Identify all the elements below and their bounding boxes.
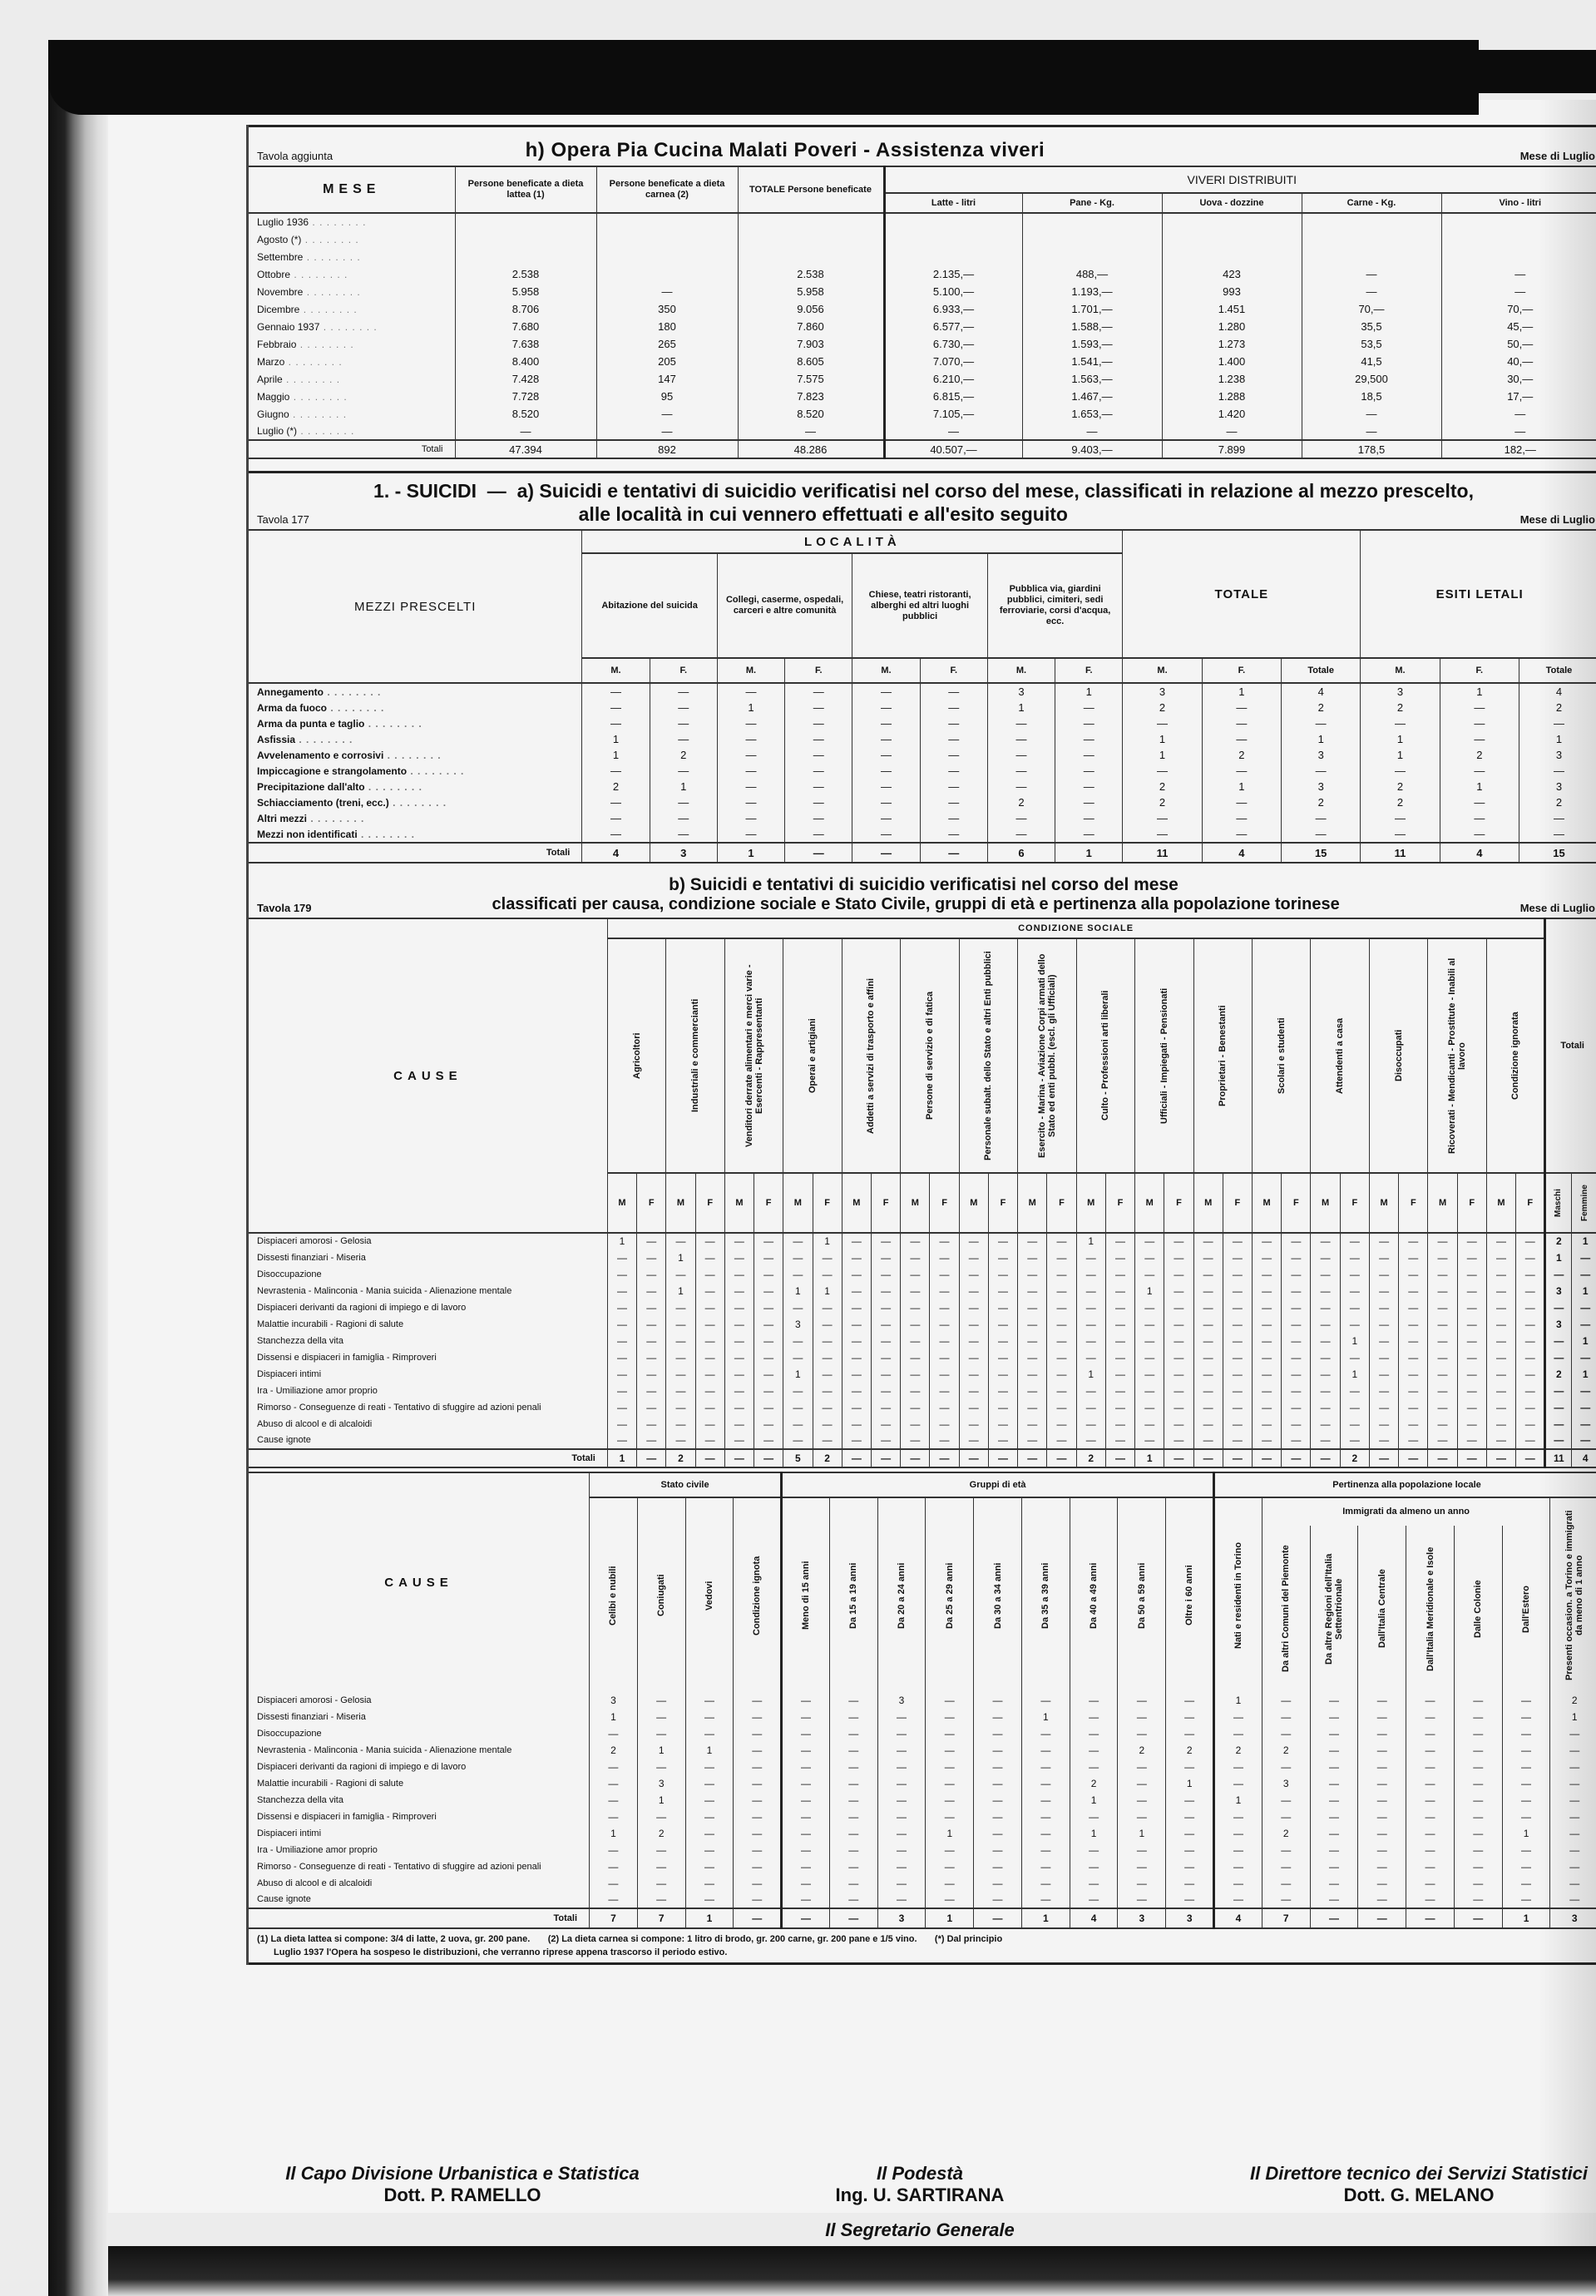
cell-value: 1 bbox=[717, 700, 784, 715]
total-pane: 9.403,— bbox=[1022, 440, 1162, 458]
cell-value: — bbox=[901, 1416, 930, 1433]
cell-value: — bbox=[590, 1725, 638, 1742]
cell-carnea: 265 bbox=[596, 335, 738, 353]
cell-value: — bbox=[930, 1249, 959, 1266]
cell-value: — bbox=[813, 1383, 842, 1399]
table-row: Mezzi non identificati—————————————— bbox=[249, 826, 1596, 843]
table-row: Settembre bbox=[249, 248, 1596, 265]
cell-value: 2 bbox=[1361, 794, 1440, 810]
cell-value: — bbox=[1164, 1283, 1193, 1299]
col-category-15: Ricoverati - Mendicanti - Prostitute - I… bbox=[1428, 938, 1486, 1173]
cell-value: — bbox=[590, 1892, 638, 1908]
cell-value: 1 bbox=[607, 1233, 636, 1249]
col-11: Da 40 a 49 anni bbox=[1070, 1497, 1118, 1692]
table-row: Annegamento——————31314314 bbox=[249, 683, 1596, 700]
cell-value: — bbox=[666, 1383, 695, 1399]
cell-value: — bbox=[1502, 1759, 1550, 1775]
col-group-esiti: ESITI LETALI bbox=[1361, 530, 1596, 658]
month-label: Agosto (*) bbox=[249, 230, 455, 248]
cell-value: — bbox=[1223, 1233, 1252, 1249]
cell-value: — bbox=[901, 1349, 930, 1366]
cell-value: — bbox=[1135, 1333, 1164, 1349]
cell-totale: 7.860 bbox=[738, 318, 884, 335]
cell-value: — bbox=[685, 1892, 734, 1908]
cell-value: 2 bbox=[1519, 794, 1596, 810]
cell-value: — bbox=[1282, 810, 1361, 826]
cause-label: Malattie incurabili - Ragioni di salute bbox=[249, 1316, 607, 1333]
cell-value: — bbox=[590, 1759, 638, 1775]
col-female: F bbox=[1516, 1173, 1545, 1233]
table-row: Dissensi e dispiaceri in famiglia - Rimp… bbox=[249, 1349, 1596, 1366]
col-female: F bbox=[871, 1173, 900, 1233]
cell-value: — bbox=[1310, 1892, 1358, 1908]
cell-value: — bbox=[959, 1399, 988, 1416]
cause-label: Dispiaceri derivanti da ragioni di impie… bbox=[249, 1299, 607, 1316]
cell-value: — bbox=[607, 1433, 636, 1449]
cause-label: Stanchezza della vita bbox=[249, 1792, 590, 1809]
col-5: Meno di 15 anni bbox=[782, 1497, 830, 1692]
cell-value: 3 bbox=[1282, 747, 1361, 763]
col-female: F bbox=[637, 1173, 666, 1233]
cell-value: — bbox=[1340, 1416, 1369, 1433]
cell-latte bbox=[884, 213, 1022, 230]
month-label: Gennaio 1937 bbox=[249, 318, 455, 335]
cell-value: — bbox=[974, 1709, 1022, 1725]
cell-uova: 1.273 bbox=[1162, 335, 1302, 353]
cell-value: — bbox=[926, 1809, 974, 1825]
cell-value: — bbox=[871, 1366, 900, 1383]
cell-value: — bbox=[1118, 1875, 1166, 1892]
cell-value: — bbox=[842, 1383, 871, 1399]
col-male: M bbox=[959, 1173, 988, 1233]
cell-value: — bbox=[1262, 1809, 1310, 1825]
cell-value: — bbox=[1516, 1333, 1545, 1349]
col-dieta-carnea: Persone beneficate a dieta carnea (2) bbox=[596, 166, 738, 213]
cell-value: — bbox=[1047, 1383, 1076, 1399]
cell-value: — bbox=[785, 731, 852, 747]
cell-value: — bbox=[1519, 810, 1596, 826]
cell-value: — bbox=[1166, 1892, 1214, 1908]
cell-value: — bbox=[1457, 1433, 1486, 1449]
cell-carne: 53,5 bbox=[1302, 335, 1441, 353]
cell-value: — bbox=[1361, 715, 1440, 731]
cell-value: — bbox=[607, 1266, 636, 1283]
cell-vino: — bbox=[1441, 423, 1596, 440]
cell-value: — bbox=[1406, 1825, 1455, 1842]
col-category-2: Industriali e commercianti bbox=[666, 938, 724, 1173]
cell-value: — bbox=[637, 1383, 666, 1399]
cell-value: — bbox=[1310, 1792, 1358, 1809]
cell-value: — bbox=[637, 1399, 666, 1416]
totals-label: Totali bbox=[249, 1449, 607, 1467]
month-label: Luglio 1936 bbox=[249, 213, 455, 230]
month-label: Marzo bbox=[249, 353, 455, 370]
cell-vino: 45,— bbox=[1441, 318, 1596, 335]
cell-value: — bbox=[1361, 826, 1440, 843]
cell-value: — bbox=[1202, 731, 1281, 747]
cell-value: — bbox=[901, 1399, 930, 1416]
total-value: — bbox=[901, 1449, 930, 1467]
month-label: Maggio bbox=[249, 388, 455, 405]
cell-value: 3 bbox=[877, 1692, 926, 1709]
cell-value: — bbox=[1214, 1842, 1262, 1858]
cell-value: — bbox=[877, 1759, 926, 1775]
total-maschi: — bbox=[1545, 1299, 1572, 1316]
cell-value: — bbox=[1166, 1825, 1214, 1842]
cell-value: — bbox=[1454, 1825, 1502, 1842]
cell-value: — bbox=[813, 1249, 842, 1266]
cell-value: — bbox=[842, 1366, 871, 1383]
cell-value: — bbox=[695, 1433, 724, 1449]
cell-value: — bbox=[785, 810, 852, 826]
cause-label: Rimorso - Conseguenze di reati - Tentati… bbox=[249, 1399, 607, 1416]
cell-value: — bbox=[1262, 1709, 1310, 1725]
cell-value: 2 bbox=[650, 747, 717, 763]
cell-value: — bbox=[1282, 1333, 1311, 1349]
total-value: 1 bbox=[607, 1449, 636, 1467]
cell-value: — bbox=[829, 1892, 877, 1908]
cell-value: — bbox=[1253, 1366, 1282, 1383]
cell-value: — bbox=[637, 1333, 666, 1349]
cell-value: — bbox=[829, 1759, 877, 1775]
column-label: Nati e residenti in Torino bbox=[1233, 1504, 1243, 1687]
cell-value: — bbox=[650, 700, 717, 715]
cell-value: — bbox=[901, 1333, 930, 1349]
col-male: M bbox=[783, 1173, 813, 1233]
cell-value: — bbox=[724, 1233, 754, 1249]
cell-value: — bbox=[695, 1399, 724, 1416]
cell-value: — bbox=[1502, 1809, 1550, 1825]
column-label: Da 20 a 24 anni bbox=[897, 1504, 907, 1687]
table-row: Dispiaceri derivanti da ragioni di impie… bbox=[249, 1759, 1596, 1775]
cell-value: — bbox=[1457, 1333, 1486, 1349]
cell-value: 4 bbox=[1282, 683, 1361, 700]
cell-value: — bbox=[988, 1333, 1017, 1349]
category-label: Culto - Professioni arti liberali bbox=[1100, 948, 1110, 1164]
cell-value: — bbox=[1118, 1792, 1166, 1809]
cell-value: — bbox=[734, 1709, 782, 1725]
total-value: 4 bbox=[1070, 1908, 1118, 1928]
cell-value: — bbox=[637, 1809, 685, 1825]
cell-value: 2 bbox=[1282, 700, 1361, 715]
cell-value: — bbox=[813, 1399, 842, 1416]
cell-value: — bbox=[782, 1858, 830, 1875]
cell-value: — bbox=[877, 1809, 926, 1825]
table-row: Rimorso - Conseguenze di reati - Tentati… bbox=[249, 1858, 1596, 1875]
cell-value: — bbox=[695, 1283, 724, 1299]
cell-value: — bbox=[1399, 1333, 1428, 1349]
cell-value: 1 bbox=[1550, 1709, 1596, 1725]
col-16: Da altre Regioni dell'Italia Settentrion… bbox=[1310, 1526, 1358, 1692]
column-label: Coniugati bbox=[656, 1504, 666, 1687]
col-male: M bbox=[901, 1173, 930, 1233]
cell-value: — bbox=[871, 1233, 900, 1249]
cell-value: 1 bbox=[1070, 1792, 1118, 1809]
col-male: M bbox=[607, 1173, 636, 1233]
cell-totale: 2.538 bbox=[738, 265, 884, 283]
cell-value: — bbox=[1223, 1266, 1252, 1283]
cell-value: — bbox=[1369, 1433, 1398, 1449]
cell-value: — bbox=[754, 1349, 783, 1366]
cell-value: — bbox=[1047, 1233, 1076, 1249]
cell-value: — bbox=[1502, 1742, 1550, 1759]
cell-value: — bbox=[988, 1433, 1017, 1449]
cell-value: — bbox=[637, 1416, 666, 1433]
cell-value: — bbox=[1253, 1416, 1282, 1433]
cell-value: — bbox=[1018, 1266, 1047, 1283]
cell-value: — bbox=[734, 1842, 782, 1858]
cell-value: — bbox=[1047, 1316, 1076, 1333]
cell-value: — bbox=[1123, 826, 1202, 843]
cell-value: — bbox=[685, 1858, 734, 1875]
cell-value: — bbox=[1340, 1316, 1369, 1333]
cell-value: — bbox=[1253, 1299, 1282, 1316]
col-category-1: Agricoltori bbox=[607, 938, 665, 1173]
cell-value: — bbox=[1118, 1809, 1166, 1825]
cell-value: — bbox=[1055, 810, 1123, 826]
cell-carne: — bbox=[1302, 423, 1441, 440]
cell-value: — bbox=[637, 1249, 666, 1266]
cell-pane: 488,— bbox=[1022, 265, 1162, 283]
cause-label: Dispiaceri amorosi - Gelosia bbox=[249, 1233, 607, 1249]
cell-value: — bbox=[1076, 1383, 1105, 1399]
cell-value: — bbox=[1076, 1433, 1105, 1449]
cell-value: — bbox=[607, 1333, 636, 1349]
tavola-label: Tavola 179 bbox=[257, 902, 312, 914]
cell-value: — bbox=[582, 715, 650, 731]
cell-value: — bbox=[1516, 1299, 1545, 1316]
cell-value: — bbox=[590, 1842, 638, 1858]
cell-vino: 17,— bbox=[1441, 388, 1596, 405]
cell-value: — bbox=[829, 1842, 877, 1858]
cell-uova: 1.400 bbox=[1162, 353, 1302, 370]
total-value: — bbox=[988, 1449, 1017, 1467]
cell-value: — bbox=[877, 1792, 926, 1809]
cell-value: — bbox=[852, 826, 920, 843]
cell-totale: 7.575 bbox=[738, 370, 884, 388]
cell-value: — bbox=[1454, 1742, 1502, 1759]
totals-label: Totali bbox=[249, 843, 582, 863]
cell-value: — bbox=[724, 1333, 754, 1349]
col-male: M. bbox=[987, 658, 1055, 683]
cell-value: 1 bbox=[813, 1233, 842, 1249]
cell-value: — bbox=[1135, 1383, 1164, 1399]
condizione-sociale-table: CAUSE CONDIZIONE SOCIALE Totali Agricolt… bbox=[249, 918, 1596, 1468]
cell-value: — bbox=[1070, 1725, 1118, 1742]
cell-value: — bbox=[1135, 1416, 1164, 1433]
cell-value: — bbox=[1516, 1383, 1545, 1399]
category-label: Industriali e commercianti bbox=[690, 948, 700, 1164]
table-row: Abuso di alcool e di alcaloidi——————————… bbox=[249, 1875, 1596, 1892]
cell-value: — bbox=[1454, 1759, 1502, 1775]
cell-value: — bbox=[695, 1383, 724, 1399]
cell-value: — bbox=[959, 1233, 988, 1249]
cell-lattea: 8.520 bbox=[455, 405, 596, 423]
cell-value: — bbox=[920, 700, 987, 715]
cell-value: — bbox=[1454, 1692, 1502, 1709]
cell-value: — bbox=[988, 1299, 1017, 1316]
cell-value: — bbox=[734, 1875, 782, 1892]
cell-value: — bbox=[1406, 1775, 1455, 1792]
cell-value: — bbox=[1369, 1383, 1398, 1399]
cell-value: — bbox=[637, 1875, 685, 1892]
cell-value: 1 bbox=[783, 1283, 813, 1299]
cell-value: — bbox=[685, 1875, 734, 1892]
col-male: M bbox=[1193, 1173, 1223, 1233]
table-row: Novembre5.958—5.9585.100,—1.193,—993—— bbox=[249, 283, 1596, 300]
col-chiese: Chiese, teatri ristoranti, alberghi ed a… bbox=[852, 553, 988, 658]
cell-value: 1 bbox=[1123, 747, 1202, 763]
cell-value: — bbox=[1406, 1709, 1455, 1725]
cell-value: — bbox=[1399, 1233, 1428, 1249]
cell-value: — bbox=[1428, 1433, 1457, 1449]
cause-label: Malattie incurabili - Ragioni di salute bbox=[249, 1775, 590, 1792]
cell-value: 2 bbox=[1262, 1825, 1310, 1842]
cell-value: — bbox=[1193, 1266, 1223, 1283]
cell-value: — bbox=[1406, 1692, 1455, 1709]
cell-value: — bbox=[1519, 763, 1596, 779]
cell-value: — bbox=[1262, 1875, 1310, 1892]
col-male: M bbox=[1253, 1173, 1282, 1233]
table-row: Precipitazione dall'alto21——————213213 bbox=[249, 779, 1596, 794]
cell-value: — bbox=[871, 1433, 900, 1449]
cell-value: — bbox=[901, 1283, 930, 1299]
cell-value: — bbox=[783, 1333, 813, 1349]
cell-value: — bbox=[785, 683, 852, 700]
total-value: 3 bbox=[650, 843, 717, 863]
table-row: Aprile7.4281477.5756.210,—1.563,—1.23829… bbox=[249, 370, 1596, 388]
cell-value: — bbox=[1454, 1842, 1502, 1858]
cell-value: — bbox=[1399, 1366, 1428, 1383]
cell-value: — bbox=[695, 1316, 724, 1333]
cell-value: — bbox=[637, 1299, 666, 1316]
cell-value: — bbox=[1516, 1349, 1545, 1366]
cell-value: — bbox=[1311, 1316, 1340, 1333]
cell-value: — bbox=[782, 1792, 830, 1809]
cell-value: — bbox=[754, 1433, 783, 1449]
cell-value: — bbox=[959, 1433, 988, 1449]
cell-value: — bbox=[1164, 1249, 1193, 1266]
table-title-line1: a) Suicidi e tentativi di suicidio verif… bbox=[517, 480, 1474, 502]
col-category-13: Attendenti a casa bbox=[1311, 938, 1369, 1173]
total-value: 7 bbox=[637, 1908, 685, 1928]
total-value: — bbox=[1223, 1449, 1252, 1467]
cell-value: — bbox=[783, 1249, 813, 1266]
table-row: Schiacciamento (treni, ecc.)——————2—2—22… bbox=[249, 794, 1596, 810]
total-maschi: — bbox=[1545, 1399, 1572, 1416]
cell-value: 1 bbox=[582, 731, 650, 747]
cell-value: — bbox=[1214, 1759, 1262, 1775]
cell-value: — bbox=[1486, 1249, 1515, 1266]
table-stato-civile: CAUSE Stato civile Gruppi di età Pertine… bbox=[249, 1472, 1596, 1965]
cell-value: — bbox=[637, 1266, 666, 1283]
cell-value: — bbox=[1454, 1809, 1502, 1825]
cell-totale bbox=[738, 213, 884, 230]
cell-latte: 5.100,— bbox=[884, 283, 1022, 300]
cell-pane: 1.593,— bbox=[1022, 335, 1162, 353]
cell-carne bbox=[1302, 248, 1441, 265]
cell-value: — bbox=[1399, 1266, 1428, 1283]
cell-value: — bbox=[1399, 1399, 1428, 1416]
col-female: F bbox=[813, 1173, 842, 1233]
cell-value: — bbox=[1519, 826, 1596, 843]
cell-value: — bbox=[1018, 1249, 1047, 1266]
cell-value: — bbox=[1214, 1875, 1262, 1892]
cell-totale: — bbox=[738, 423, 884, 440]
column-label: Dalle Colonie bbox=[1473, 1530, 1483, 1688]
mezzo-label: Arma da punta e taglio bbox=[249, 715, 582, 731]
cell-value: — bbox=[829, 1692, 877, 1709]
cell-value: — bbox=[1105, 1249, 1134, 1266]
cell-value: — bbox=[1214, 1775, 1262, 1792]
cell-value: — bbox=[1135, 1399, 1164, 1416]
cell-value: — bbox=[852, 715, 920, 731]
total-value: 2 bbox=[1340, 1449, 1369, 1467]
cell-value: — bbox=[1486, 1433, 1515, 1449]
cell-value: — bbox=[1018, 1416, 1047, 1433]
cell-value: — bbox=[1135, 1316, 1164, 1333]
cause-label: Stanchezza della vita bbox=[249, 1333, 607, 1349]
cell-value: — bbox=[974, 1875, 1022, 1892]
cell-carne: 70,— bbox=[1302, 300, 1441, 318]
total-value: — bbox=[974, 1908, 1022, 1928]
cell-lattea: 2.538 bbox=[455, 265, 596, 283]
column-label: Da 25 a 29 anni bbox=[945, 1504, 955, 1687]
cell-pane: — bbox=[1022, 423, 1162, 440]
cell-value: 1 bbox=[783, 1366, 813, 1383]
total-value: 4 bbox=[1214, 1908, 1262, 1928]
total-maschi: — bbox=[1545, 1433, 1572, 1449]
cell-value: — bbox=[782, 1725, 830, 1742]
cell-value: — bbox=[1223, 1333, 1252, 1349]
cell-value: — bbox=[871, 1266, 900, 1283]
cell-value: — bbox=[1223, 1283, 1252, 1299]
cell-value: — bbox=[1550, 1725, 1596, 1742]
cell-value: — bbox=[988, 1249, 1017, 1266]
cell-value: — bbox=[1428, 1383, 1457, 1399]
period-label: Mese di Luglio bbox=[1520, 150, 1595, 162]
cell-value: — bbox=[1166, 1858, 1214, 1875]
cell-value: — bbox=[1310, 1775, 1358, 1792]
cell-value: — bbox=[1105, 1416, 1134, 1433]
cell-value: — bbox=[1502, 1875, 1550, 1892]
cell-uova bbox=[1162, 213, 1302, 230]
cell-value: — bbox=[871, 1249, 900, 1266]
col-female: F. bbox=[785, 658, 852, 683]
cell-vino: 70,— bbox=[1441, 300, 1596, 318]
section-heading: 1. - SUICIDI bbox=[373, 480, 477, 502]
cell-value: — bbox=[637, 1725, 685, 1742]
cell-value: — bbox=[1223, 1316, 1252, 1333]
cell-value: — bbox=[782, 1809, 830, 1825]
cell-uova: 1.238 bbox=[1162, 370, 1302, 388]
cell-value: — bbox=[877, 1725, 926, 1742]
cell-value: — bbox=[724, 1399, 754, 1416]
cell-value: — bbox=[1164, 1316, 1193, 1333]
cell-value: 3 bbox=[1282, 779, 1361, 794]
cell-lattea: 5.958 bbox=[455, 283, 596, 300]
cell-value: 1 bbox=[1118, 1825, 1166, 1842]
cell-value: — bbox=[1214, 1858, 1262, 1875]
total-value: — bbox=[920, 843, 987, 863]
cell-value: — bbox=[1021, 1742, 1070, 1759]
cell-lattea: 7.680 bbox=[455, 318, 596, 335]
cell-value: — bbox=[1311, 1233, 1340, 1249]
total-value: — bbox=[754, 1449, 783, 1467]
total-uova: 7.899 bbox=[1162, 440, 1302, 458]
cell-value: — bbox=[754, 1333, 783, 1349]
signature-left-title: Il Capo Divisione Urbanistica e Statisti… bbox=[246, 2163, 679, 2185]
